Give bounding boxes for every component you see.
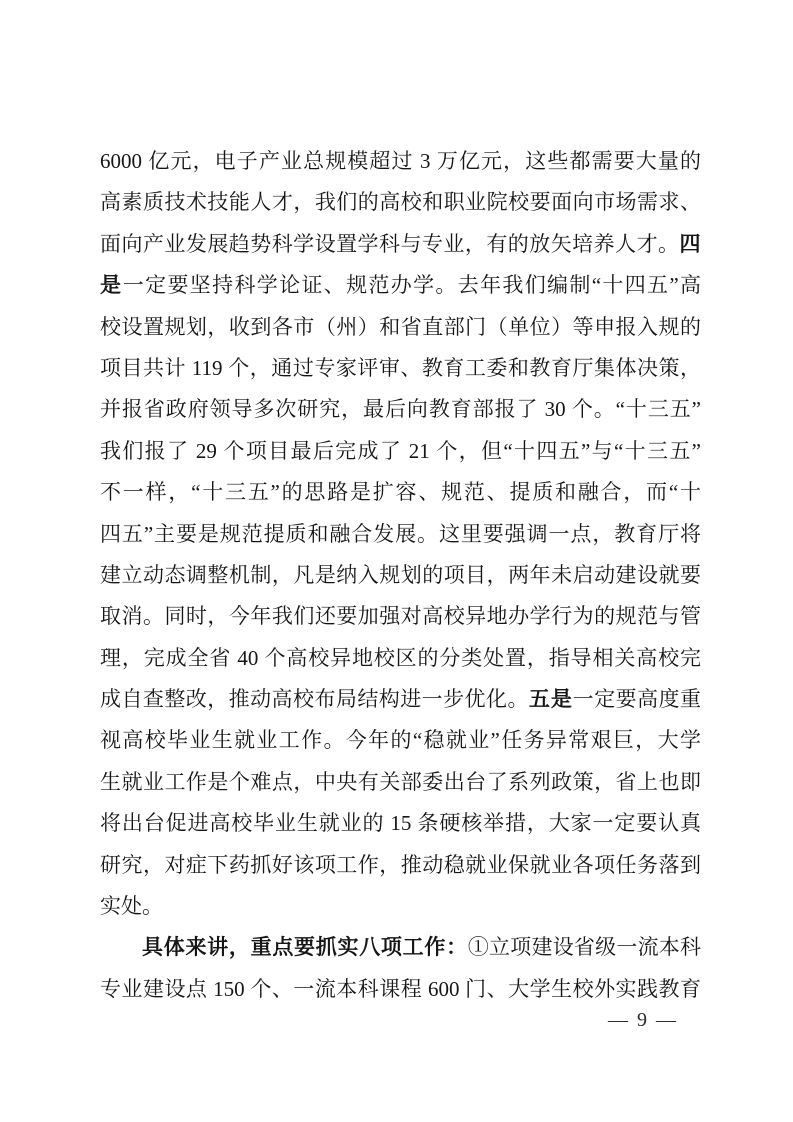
line-segment: ①立项建设省级一流本科 (468, 935, 701, 959)
line-segment: 我们报了 29 个项目最后完成了 21 个，但“十四五”与“十三五” (100, 439, 701, 463)
line-segment-bold: 是 (100, 274, 123, 297)
text-line: 视高校毕业生就业工作。今年的“稳就业”任务异常艰巨，大学 (100, 720, 701, 761)
document-page: 6000 亿元，电子产业总规模超过 3 万亿元，这些都需要大量的 高素质技术技能… (0, 0, 793, 1122)
text-line: 四五”主要是规范提质和融合发展。这里要强调一点，教育厅将 (100, 514, 701, 555)
text-line: 并报省政府领导多次研究，最后向教育部报了 30 个。“十三五” (100, 389, 701, 430)
text-line: 我们报了 29 个项目最后完成了 21 个，但“十四五”与“十三五” (100, 431, 701, 472)
text-line: 理，完成全省 40 个高校异地校区的分类处置，指导相关高校完 (100, 638, 701, 679)
line-segment-bold: 具体来讲，重点要抓实八项工作： (142, 936, 468, 959)
line-segment: 实处。 (100, 894, 163, 918)
text-line: 不一样，“十三五”的思路是扩容、规范、提质和融合，而“十 (100, 472, 701, 513)
text-line: 成自查整改，推动高校布局结构进一步优化。五是一定要高度重 (100, 679, 701, 720)
page-number: — 9 — (588, 1005, 698, 1035)
line-segment: 并报省政府领导多次研究，最后向教育部报了 30 个。“十三五” (100, 397, 701, 421)
line-segment: 一定要高度重 (573, 687, 701, 711)
line-segment: 四五”主要是规范提质和融合发展。这里要强调一点，教育厅将 (100, 522, 701, 546)
text-line: 取消。同时，今年我们还要加强对高校异地办学行为的规范与管 (100, 596, 701, 637)
line-segment: 专业建设点 150 个、一流本科课程 600 门、大学生校外实践教育 (100, 977, 701, 1001)
text-line: 是一定要坚持科学论证、规范办学。去年我们编制“十四五”高 (100, 265, 701, 306)
line-segment-bold: 四 (680, 233, 702, 256)
line-segment-bold: 五是 (529, 688, 573, 711)
line-segment: 6000 亿元，电子产业总规模超过 3 万亿元，这些都需要大量的 (100, 149, 701, 173)
line-segment: 面向产业发展趋势科学设置学科与专业，有的放矢培养人才。 (100, 232, 680, 256)
document-body: 6000 亿元，电子产业总规模超过 3 万亿元，这些都需要大量的 高素质技术技能… (100, 141, 701, 1010)
text-line paragraph-start: 具体来讲，重点要抓实八项工作：①立项建设省级一流本科 (100, 927, 701, 968)
text-line: 生就业工作是个难点，中央有关部委出台了系列政策，省上也即 (100, 762, 701, 803)
text-line: 面向产业发展趋势科学设置学科与专业，有的放矢培养人才。四 (100, 224, 701, 265)
text-line: 建立动态调整机制，凡是纳入规划的项目，两年未启动建设就要 (100, 555, 701, 596)
text-line: 专业建设点 150 个、一流本科课程 600 门、大学生校外实践教育 (100, 969, 701, 1010)
line-segment: 高素质技术技能人才，我们的高校和职业院校要面向市场需求、 (100, 190, 701, 214)
text-line: 将出台促进高校毕业生就业的 15 条硬核举措，大家一定要认真 (100, 803, 701, 844)
line-segment: 一定要坚持科学论证、规范办学。去年我们编制“十四五”高 (123, 273, 701, 297)
text-line: 项目共计 119 个，通过专家评审、教育工委和教育厅集体决策， (100, 348, 701, 389)
line-segment: 校设置规划，收到各市（州）和省直部门（单位）等申报入规的 (100, 315, 701, 339)
text-line: 6000 亿元，电子产业总规模超过 3 万亿元，这些都需要大量的 (100, 141, 701, 182)
line-segment: 将出台促进高校毕业生就业的 15 条硬核举措，大家一定要认真 (100, 811, 701, 835)
line-segment: 项目共计 119 个，通过专家评审、教育工委和教育厅集体决策， (100, 356, 701, 380)
line-segment: 建立动态调整机制，凡是纳入规划的项目，两年未启动建设就要 (100, 563, 701, 587)
line-segment: 视高校毕业生就业工作。今年的“稳就业”任务异常艰巨，大学 (100, 728, 701, 752)
line-segment: 取消。同时，今年我们还要加强对高校异地办学行为的规范与管 (100, 604, 701, 628)
text-line: 校设置规划，收到各市（州）和省直部门（单位）等申报入规的 (100, 307, 701, 348)
text-line: 高素质技术技能人才，我们的高校和职业院校要面向市场需求、 (100, 182, 701, 223)
line-segment: 不一样，“十三五”的思路是扩容、规范、提质和融合，而“十 (100, 480, 701, 504)
line-segment: 生就业工作是个难点，中央有关部委出台了系列政策，省上也即 (100, 770, 701, 794)
line-segment: 成自查整改，推动高校布局结构进一步优化。 (100, 687, 529, 711)
line-segment: 理，完成全省 40 个高校异地校区的分类处置，指导相关高校完 (100, 646, 701, 670)
line-segment: 研究，对症下药抓好该项工作，推动稳就业保就业各项任务落到 (100, 853, 701, 877)
text-line: 实处。 (100, 886, 701, 927)
text-line: 研究，对症下药抓好该项工作，推动稳就业保就业各项任务落到研究，对症下药抓好该项工… (100, 845, 701, 886)
